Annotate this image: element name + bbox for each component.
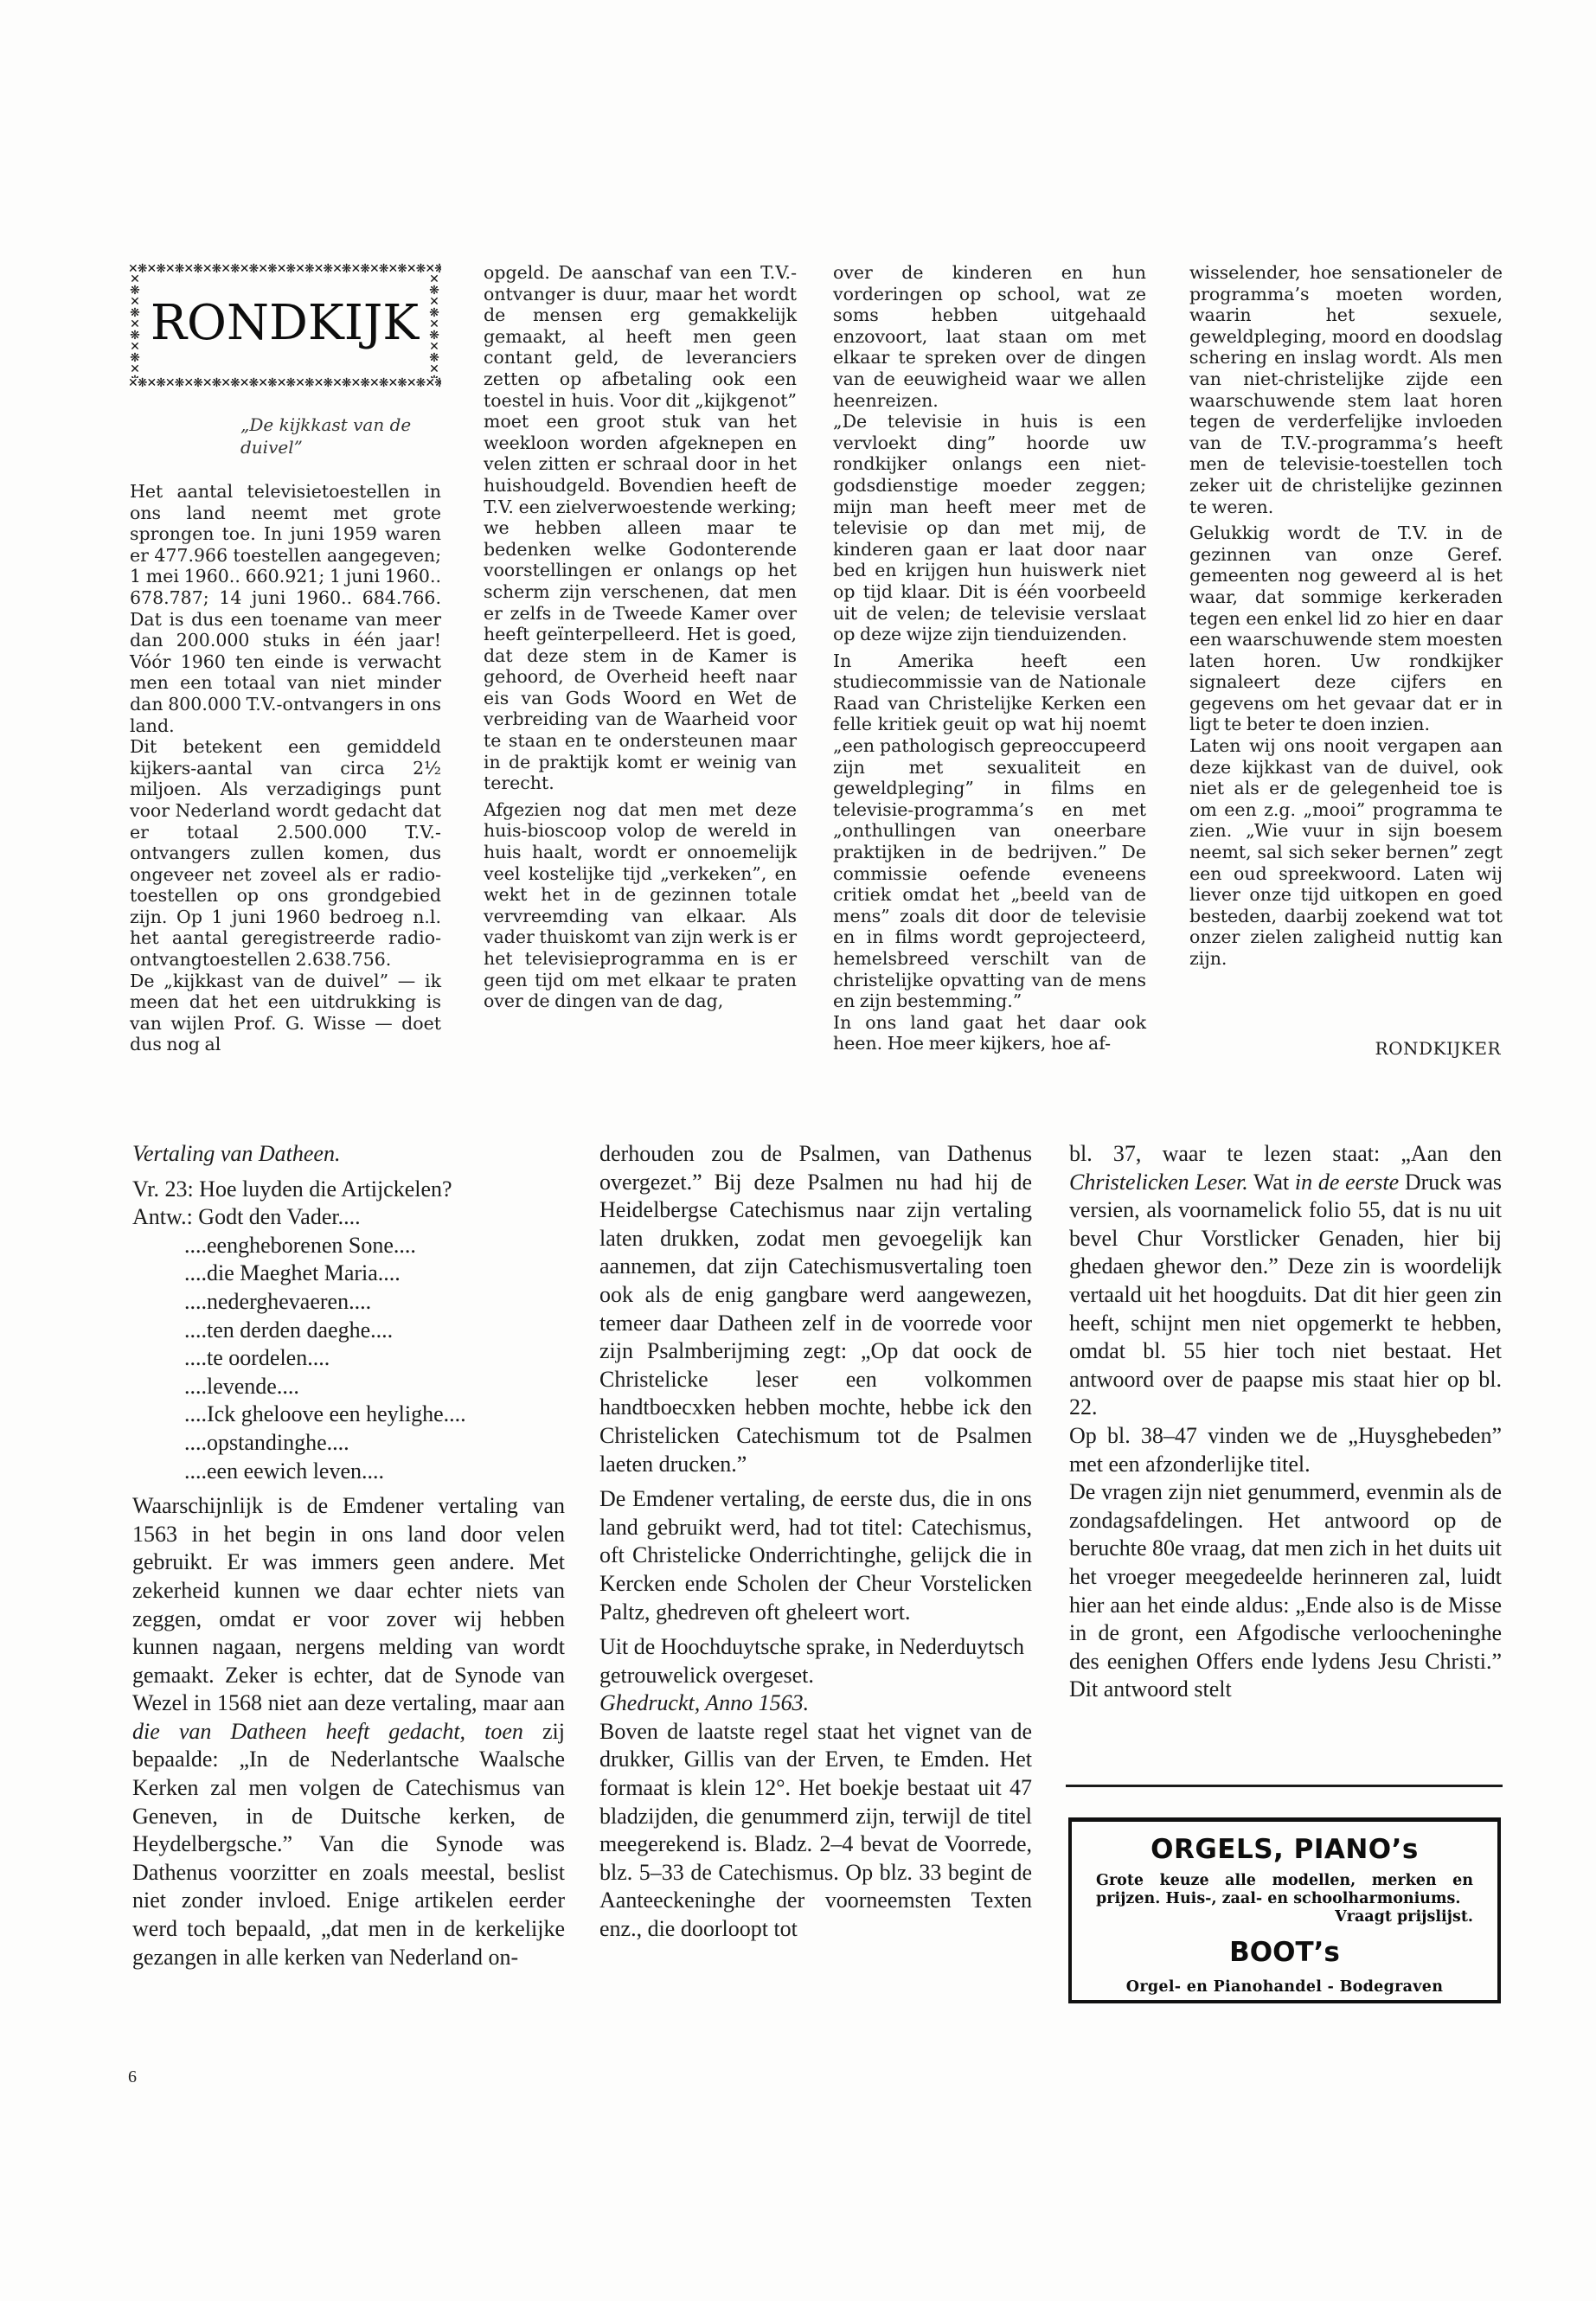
answer-line: ....eengheborenen Sone....: [132, 1232, 565, 1260]
imprint-year: Anno 1563.: [705, 1690, 809, 1715]
paragraph: De Emdener vertaling, de eerste dus, die…: [599, 1485, 1032, 1626]
answer-line: ....een eewich leven....: [132, 1458, 565, 1486]
answer-line: ....Ick gheloove een heylighe....: [132, 1400, 565, 1429]
paragraph: Gelukkig wordt de T.V. in de gezinnen va…: [1189, 522, 1503, 735]
paragraph: Afgezien nog dat men met deze huis-biosc…: [484, 799, 797, 1012]
ad-body: Grote keuze alle modellen, merken en pri…: [1096, 1872, 1473, 1926]
top-column-1: Het aantal televisietoestellen in ons la…: [130, 481, 441, 1055]
text-run: Druck was versien, als voornamelick foli…: [1069, 1170, 1502, 1420]
bottom-column-1: Vertaling van Datheen. Vr. 23: Hoe luyde…: [132, 1140, 565, 1971]
magazine-page: ✕❋✕❋✕❋✕❋✕❋✕❋✕❋✕❋✕❋✕❋✕❋✕❋✕❋✕❋✕❋✕❋✕❋✕❋✕❋✕❋…: [0, 0, 1596, 2301]
top-column-3: over de kinderen en hun vorderingen op s…: [833, 262, 1146, 1054]
paragraph: „De televisie in huis is een vervloekt d…: [833, 411, 1146, 645]
paragraph: Uit de Hoochduytsche sprake, in Nederduy…: [599, 1633, 1032, 1689]
text-run: zij bepaalde: „In de Nederlantsche Waals…: [132, 1719, 565, 1970]
paragraph: Waarschijnlijk is de Emdener vertaling v…: [132, 1492, 565, 1971]
paragraph: De vragen zijn niet genummerd, evenmin a…: [1069, 1478, 1502, 1704]
ornament-border-top: ✕❋✕❋✕❋✕❋✕❋✕❋✕❋✕❋✕❋✕❋✕❋✕❋✕❋✕❋✕❋✕❋✕❋✕❋✕❋✕❋…: [128, 262, 441, 276]
section-heading: Vertaling van Datheen.: [132, 1140, 565, 1169]
text-run: bl. 37, waar te lezen staat: „Aan den: [1069, 1141, 1502, 1166]
paragraph: Boven de laatste regel staat het vignet …: [599, 1718, 1032, 1944]
column-divider-rule: [1066, 1785, 1503, 1787]
paragraph: opgeld. De aanschaf van een T.V.-ontvang…: [484, 262, 797, 794]
paragraph: wisselender, hoe sensationeler de progra…: [1189, 262, 1503, 517]
paragraph: Laten wij ons nooit vergapen aan deze ki…: [1189, 735, 1503, 970]
advertisement-box: ORGELS, PIANO’s Grote keuze alle modelle…: [1068, 1817, 1501, 2003]
ad-body-last-line: Vraagt prijslijst.: [1096, 1908, 1473, 1926]
text-run: Waarschijnlijk is de Emdener vertaling v…: [132, 1493, 565, 1715]
ornament-border-left: ✕❋✕❋✕❋✕❋✕❋✕❋✕❋✕❋: [128, 274, 142, 378]
paragraph: derhouden zou de Psalmen, van Dathenus o…: [599, 1140, 1032, 1478]
paragraph: Het aantal televisietoestellen in ons la…: [130, 481, 441, 736]
ornament-border-right: ✕❋✕❋✕❋✕❋✕❋✕❋✕❋✕❋: [427, 274, 441, 378]
ad-body-text: Grote keuze alle modellen, merken en pri…: [1096, 1872, 1473, 1907]
italic-text-run: in de eerste: [1295, 1170, 1399, 1195]
answer-line: ....die Maeghet Maria....: [132, 1259, 565, 1288]
answer-line: ....opstandinghe....: [132, 1429, 565, 1458]
paragraph: In Amerika heeft een studiecommissie van…: [833, 651, 1146, 1012]
ad-footer: Orgel- en Pianohandel - Bodegraven: [1072, 1978, 1497, 1996]
bottom-column-3: bl. 37, waar te lezen staat: „Aan den Ch…: [1069, 1140, 1502, 1704]
answer-line: ....levende....: [132, 1373, 565, 1401]
ornament-border-bottom: ✕❋✕❋✕❋✕❋✕❋✕❋✕❋✕❋✕❋✕❋✕❋✕❋✕❋✕❋✕❋✕❋✕❋✕❋✕❋✕❋…: [128, 376, 441, 390]
catechism-answer-intro: Antw.: Godt den Vader....: [132, 1203, 565, 1232]
paragraph: Dit betekent een gemiddeld kijkers-aanta…: [130, 736, 441, 971]
answer-line: ....nederghevaeren....: [132, 1288, 565, 1317]
top-column-2: opgeld. De aanschaf van een T.V.-ontvang…: [484, 262, 797, 1012]
answer-line: ....te oordelen....: [132, 1344, 565, 1373]
imprint-label: Ghedruckt,: [599, 1690, 705, 1715]
ad-headline: ORGELS, PIANO’s: [1072, 1834, 1497, 1865]
bottom-column-2: derhouden zou de Psalmen, van Dathenus o…: [599, 1140, 1032, 1944]
page-number: 6: [128, 2067, 137, 2087]
paragraph: bl. 37, waar te lezen staat: „Aan den Ch…: [1069, 1140, 1502, 1422]
paragraph: Op bl. 38–47 vinden we de „Huysghebeden”…: [1069, 1422, 1502, 1478]
author-signature: RONDKIJKER: [1375, 1038, 1501, 1059]
paragraph: over de kinderen en hun vorderingen op s…: [833, 262, 1146, 411]
ad-brand: BOOT’s: [1072, 1937, 1497, 1968]
italic-text-run: die van Datheen heeft gedacht, toen: [132, 1719, 523, 1744]
imprint-line: Ghedruckt, Anno 1563.: [599, 1689, 1032, 1718]
answer-line: ....ten derden daeghe....: [132, 1317, 565, 1345]
masthead-title: RONDKIJK: [144, 293, 426, 354]
top-column-4: wisselender, hoe sensationeler de progra…: [1189, 262, 1503, 970]
ad-call-to-action: Vraagt prijslijst.: [1335, 1908, 1473, 1926]
paragraph: In ons land gaat het daar ook heen. Hoe …: [833, 1012, 1146, 1054]
italic-text-run: Christelicken Leser.: [1069, 1170, 1248, 1195]
paragraph: De „kijkkast van de duivel” — ik meen da…: [130, 971, 441, 1055]
epigraph: „De kijkkast van de duivel”: [240, 413, 441, 458]
text-run: Wat: [1248, 1170, 1295, 1195]
catechism-question: Vr. 23: Hoe luyden die Artijckelen?: [132, 1176, 565, 1204]
rondkijk-masthead: ✕❋✕❋✕❋✕❋✕❋✕❋✕❋✕❋✕❋✕❋✕❋✕❋✕❋✕❋✕❋✕❋✕❋✕❋✕❋✕❋…: [128, 262, 441, 390]
